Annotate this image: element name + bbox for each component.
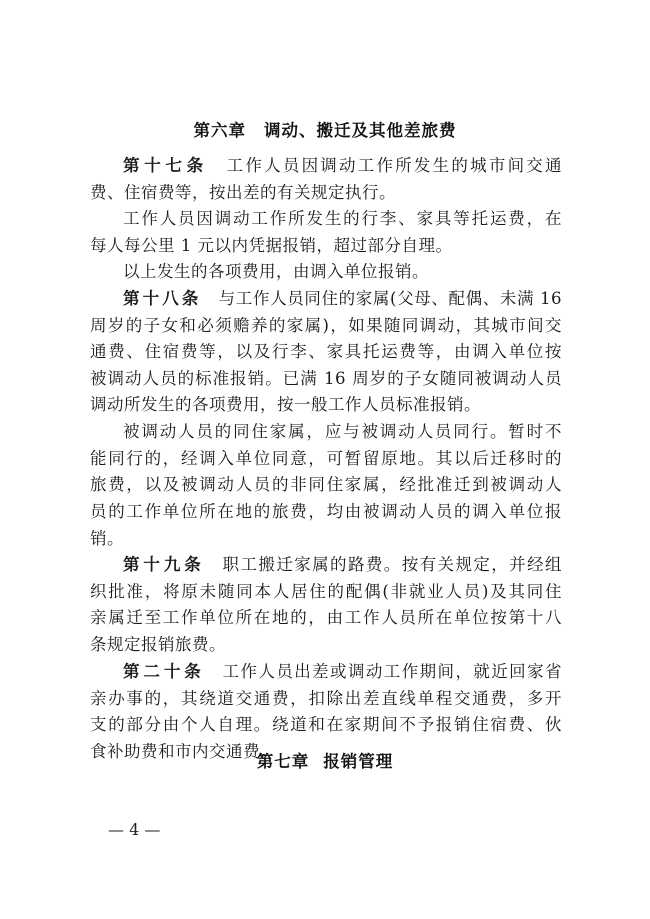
line-text: 调动所发生的各项费用，按一般工作人员标准报销。 [90, 395, 481, 414]
chapter-7-heading: 第七章报销管理 [0, 748, 650, 772]
chapter-6-number: 第六章 [194, 121, 247, 140]
line-text: 工作人员因调动工作所发生的城市间交通 [227, 156, 562, 175]
line-text: 旅费，以及被调动人员的非同住家属，经批准迁到被调动人 [90, 475, 562, 494]
article-line: 第十八条 与工作人员同住的家属(父母、配偶、未满 16 [123, 286, 562, 312]
text-line: 能同行的，经调入单位同意，可暂留原地。其以后迁移时的 [90, 446, 562, 472]
line-text: 被调动人员的标准报销。已满 16 周岁的子女随同被调动人员 [90, 369, 562, 388]
line-text: 条规定报销旅费。 [90, 635, 226, 654]
text-line: 被调动人员的同住家属，应与被调动人员同行。暂时不 [123, 419, 562, 445]
line-text: 织批准，将原未随同本人居住的配偶(非就业人员)及其同住 [90, 582, 562, 601]
text-line: 通费、住宿费等，以及行李、家具托运费等，由调入单位按 [90, 339, 562, 365]
article-label: 第十九条 [123, 555, 205, 574]
article-line: 第十七条 工作人员因调动工作所发生的城市间交通 [123, 153, 562, 179]
line-text: 销。 [90, 529, 124, 548]
line-text: 与工作人员同住的家属(父母、配偶、未满 16 [219, 289, 562, 308]
line-text: 亲办事的，其绕道交通费，扣除出差直线单程交通费，多开 [90, 689, 562, 708]
line-text: 以上发生的各项费用，由调入单位报销。 [123, 262, 429, 281]
text-line: 费、住宿费等，按出差的有关规定执行。 [90, 180, 562, 206]
chapter-6-title: 调动、搬迁及其他差旅费 [264, 121, 457, 140]
chapter-7-title: 报销管理 [323, 752, 393, 771]
text-line: 以上发生的各项费用，由调入单位报销。 [123, 259, 562, 285]
line-text: 亲属迁至工作单位所在地的，由工作人员所在单位按第十八 [90, 608, 562, 627]
line-text: 职工搬迁家属的路费。按有关规定，并经组 [223, 555, 562, 574]
document-page: 第六章调动、搬迁及其他差旅费 第十七条 工作人员因调动工作所发生的城市间交通费、… [0, 0, 650, 919]
text-line: 调动所发生的各项费用，按一般工作人员标准报销。 [90, 392, 562, 418]
text-line: 织批准，将原未随同本人居住的配偶(非就业人员)及其同住 [90, 579, 562, 605]
text-line: 员的工作单位所在地的旅费，均由被调动人员的调入单位报 [90, 499, 562, 525]
line-text: 员的工作单位所在地的旅费，均由被调动人员的调入单位报 [90, 502, 562, 521]
line-text: 被调动人员的同住家属，应与被调动人员同行。暂时不 [123, 422, 562, 441]
article-label: 第二十条 [123, 662, 205, 681]
text-line: 工作人员因调动工作所发生的行李、家具等托运费，在 [123, 206, 562, 232]
article-label: 第十八条 [123, 289, 202, 308]
line-text: 费、住宿费等，按出差的有关规定执行。 [90, 183, 396, 202]
chapter-7-number: 第七章 [257, 752, 310, 771]
article-label: 第十七条 [123, 156, 208, 175]
text-line: 支的部分由个人自理。绕道和在家期间不予报销住宿费、伙 [90, 712, 562, 738]
text-line: 被调动人员的标准报销。已满 16 周岁的子女随同被调动人员 [90, 366, 562, 392]
page-number: — 4 — [108, 820, 160, 839]
line-text: 工作人员出差或调动工作期间，就近回家省 [223, 662, 562, 681]
line-text: 能同行的，经调入单位同意，可暂留原地。其以后迁移时的 [90, 449, 562, 468]
text-line: 周岁的子女和必须赡养的家属)，如果随同调动，其城市间交 [90, 313, 562, 339]
line-text: 支的部分由个人自理。绕道和在家期间不予报销住宿费、伙 [90, 715, 562, 734]
line-text: 通费、住宿费等，以及行李、家具托运费等，由调入单位按 [90, 342, 562, 361]
line-text: 每人每公里 1 元以内凭据报销，超过部分自理。 [90, 236, 453, 255]
text-line: 条规定报销旅费。 [90, 632, 562, 658]
text-line: 销。 [90, 526, 562, 552]
text-line: 旅费，以及被调动人员的非同住家属，经批准迁到被调动人 [90, 472, 562, 498]
article-line: 第二十条 工作人员出差或调动工作期间，就近回家省 [123, 659, 562, 685]
text-line: 亲属迁至工作单位所在地的，由工作人员所在单位按第十八 [90, 605, 562, 631]
article-line: 第十九条 职工搬迁家属的路费。按有关规定，并经组 [123, 552, 562, 578]
line-text: 工作人员因调动工作所发生的行李、家具等托运费，在 [123, 209, 562, 228]
line-text: 周岁的子女和必须赡养的家属)，如果随同调动，其城市间交 [90, 316, 562, 335]
chapter-6-heading: 第六章调动、搬迁及其他差旅费 [0, 117, 650, 141]
text-line: 亲办事的，其绕道交通费，扣除出差直线单程交通费，多开 [90, 686, 562, 712]
text-line: 每人每公里 1 元以内凭据报销，超过部分自理。 [90, 233, 562, 259]
